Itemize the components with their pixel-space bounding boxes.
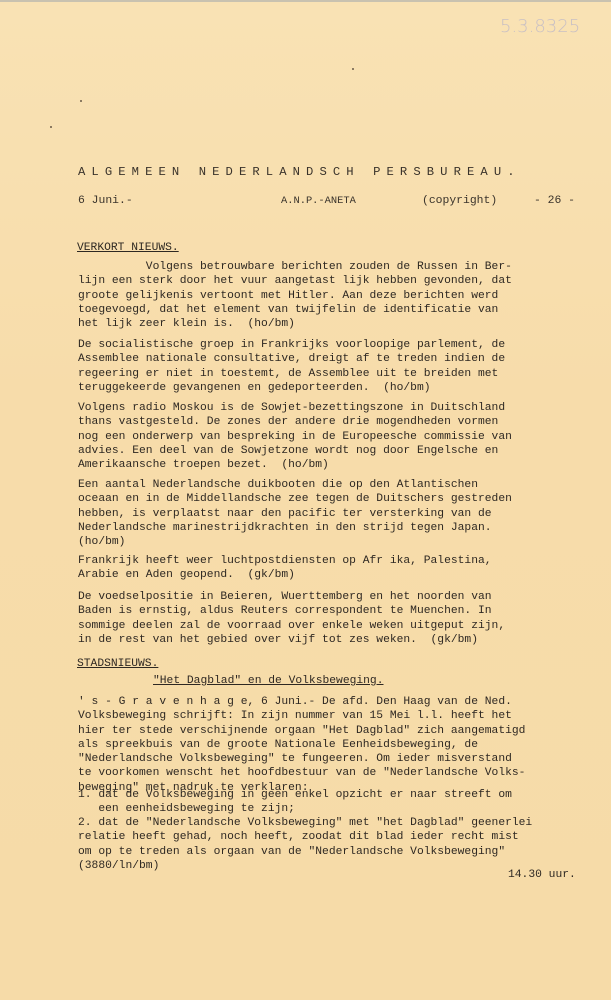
section-heading-verkort: VERKORT NIEUWS. bbox=[77, 241, 179, 255]
page-number: - 26 - bbox=[534, 195, 575, 207]
list-item: 2. dat de "Nederlandsche Volksbeweging" … bbox=[78, 816, 532, 873]
news-item: Volgens radio Moskou is de Sowjet-bezett… bbox=[78, 401, 512, 472]
speck bbox=[80, 100, 82, 102]
list-item: 1. dat de Volksbeweging in geen enkel op… bbox=[78, 788, 512, 817]
agency-name: A.N.P.-ANETA bbox=[281, 195, 356, 207]
timestamp: 14.30 uur. bbox=[508, 868, 576, 882]
news-item: Een aantal Nederlandsche duikbooten die … bbox=[78, 478, 512, 549]
article-body: ' s - G r a v e n h a g e, 6 Juni.- De a… bbox=[78, 695, 525, 795]
document-page: 5.3.8325 ALGEMEEN NEDERLANDSCH PERSBUREA… bbox=[0, 0, 611, 1000]
archive-number: 5.3.8325 bbox=[500, 16, 580, 37]
news-item: De socialistische groep in Frankrijks vo… bbox=[78, 338, 505, 395]
news-item: Volgens betrouwbare berichten zouden de … bbox=[78, 260, 512, 331]
article-title: "Het Dagblad" en de Volksbeweging. bbox=[153, 674, 384, 688]
news-item: De voedselpositie in Beieren, Wuerttembe… bbox=[78, 590, 505, 647]
speck bbox=[352, 68, 354, 70]
agency-header: ALGEMEEN NEDERLANDSCH PERSBUREAU. bbox=[78, 165, 521, 179]
copyright: (copyright) bbox=[422, 195, 497, 207]
news-item: Frankrijk heeft weer luchtpostdiensten o… bbox=[78, 554, 492, 583]
speck bbox=[50, 126, 52, 128]
section-heading-stadsnieuws: STADSNIEUWS. bbox=[77, 657, 158, 671]
date: 6 Juni.- bbox=[78, 195, 133, 207]
